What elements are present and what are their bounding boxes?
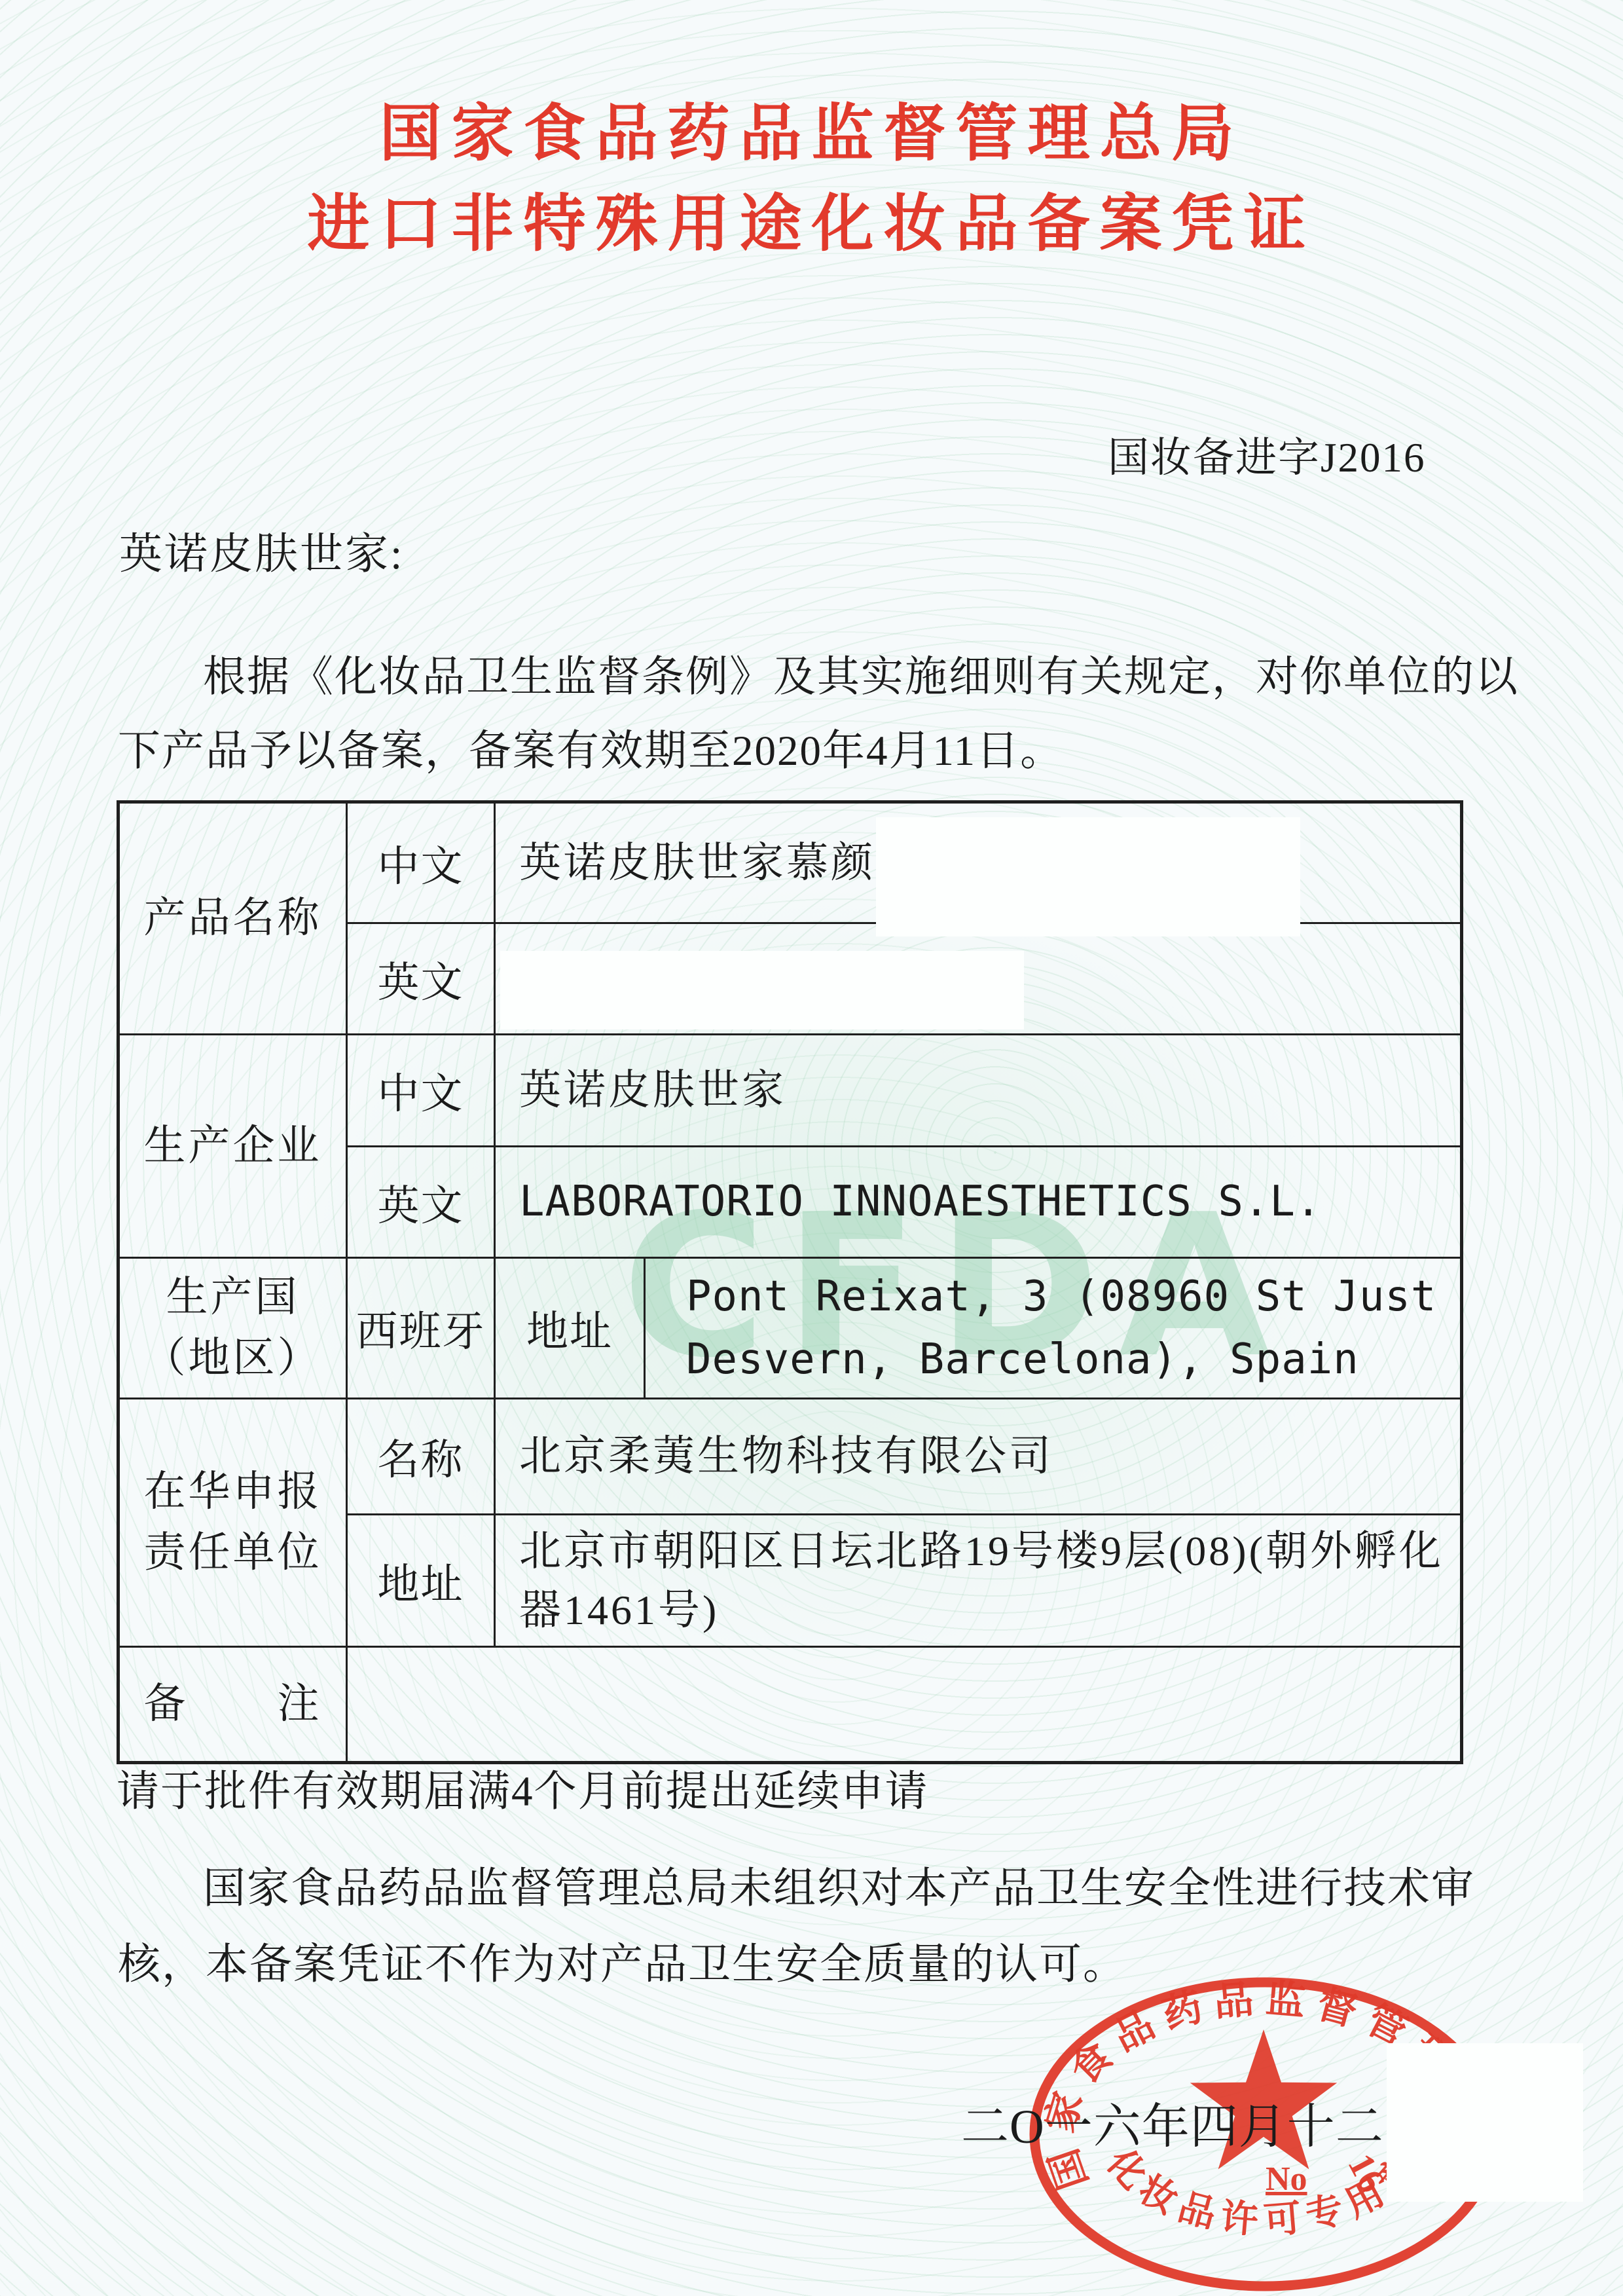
- manufacturer-cn-value: 英诺皮肤世家: [495, 1035, 1462, 1147]
- responsible-header-line1: 在华申报: [144, 1468, 322, 1515]
- manufacturer-cn-label: 中文: [347, 1035, 495, 1147]
- filing-table: 产品名称 中文 英诺皮肤世家慕颜紧 英文 生产企业 中文 英诺皮肤世家 英文 L…: [117, 800, 1463, 1764]
- table-row: 在华申报责任单位 名称 北京柔荑生物科技有限公司: [119, 1399, 1462, 1515]
- country-addr-value: Pont Reixat, 3 (08960 St Just Desvern, B…: [645, 1258, 1462, 1399]
- product-en-label: 英文: [347, 923, 495, 1035]
- country-value: 西班牙: [347, 1258, 495, 1399]
- country-header-line1: 生产国: [166, 1274, 300, 1320]
- redaction-box-product-en: [500, 951, 1024, 1029]
- manufacturer-en-label: 英文: [347, 1147, 495, 1258]
- responsible-addr-label: 地址: [347, 1515, 495, 1647]
- redaction-box-product-cn: [876, 817, 1300, 936]
- document-content: 国家食品药品监督管理总局 进口非特殊用途化妆品备案凭证 国妆备进字J2016 英…: [0, 0, 1623, 2296]
- responsible-header-line2: 责任单位: [144, 1529, 322, 1576]
- country-header: 生产国（地区）: [119, 1258, 347, 1399]
- responsible-name-label: 名称: [347, 1399, 495, 1515]
- responsible-addr-value: 北京市朝阳区日坛北路19号楼9层(08)(朝外孵化器1461号): [495, 1515, 1462, 1647]
- filing-number: 国妆备进字J2016: [1108, 424, 1426, 484]
- manufacturer-en-value: LABORATORIO INNOAESTHETICS S.L.: [495, 1147, 1462, 1258]
- table-row: 生产企业 中文 英诺皮肤世家: [119, 1035, 1462, 1147]
- product-name-header: 产品名称: [119, 802, 347, 1035]
- remarks-header: 备 注: [119, 1647, 347, 1763]
- document-title-line1: 国家食品药品监督管理总局: [0, 100, 1623, 168]
- table-row: 备 注: [119, 1647, 1462, 1763]
- redaction-box-stamp: [1387, 2043, 1583, 2202]
- salutation: 英诺皮肤世家:: [119, 519, 404, 581]
- body-paragraph-1: 根据《化妆品卫生监督条例》及其实施细则有关规定，对你单位的以下产品予以备案，备案…: [118, 640, 1519, 788]
- country-addr-label: 地址: [495, 1258, 645, 1399]
- product-cn-label: 中文: [347, 802, 495, 923]
- remarks-value: [347, 1647, 1462, 1763]
- table-row: 生产国（地区） 西班牙 地址 Pont Reixat, 3 (08960 St …: [119, 1258, 1462, 1399]
- document-title-line2: 进口非特殊用途化妆品备案凭证: [0, 190, 1623, 259]
- renewal-note: 请于批件有效期届满4个月前提出延续申请: [117, 1756, 929, 1818]
- certificate-page: CFDA 国家食品药品监督管理总局 进口非特殊用途化妆品备案凭证 国妆备进字J2…: [0, 0, 1623, 2296]
- responsible-header: 在华申报责任单位: [119, 1399, 347, 1647]
- stamp-no-label: No: [1266, 2160, 1307, 2198]
- issue-date: 二O一六年四月十二日: [961, 2088, 1432, 2157]
- manufacturer-header: 生产企业: [119, 1035, 347, 1258]
- responsible-name-value: 北京柔荑生物科技有限公司: [495, 1399, 1462, 1515]
- country-header-line2: （地区）: [144, 1335, 322, 1381]
